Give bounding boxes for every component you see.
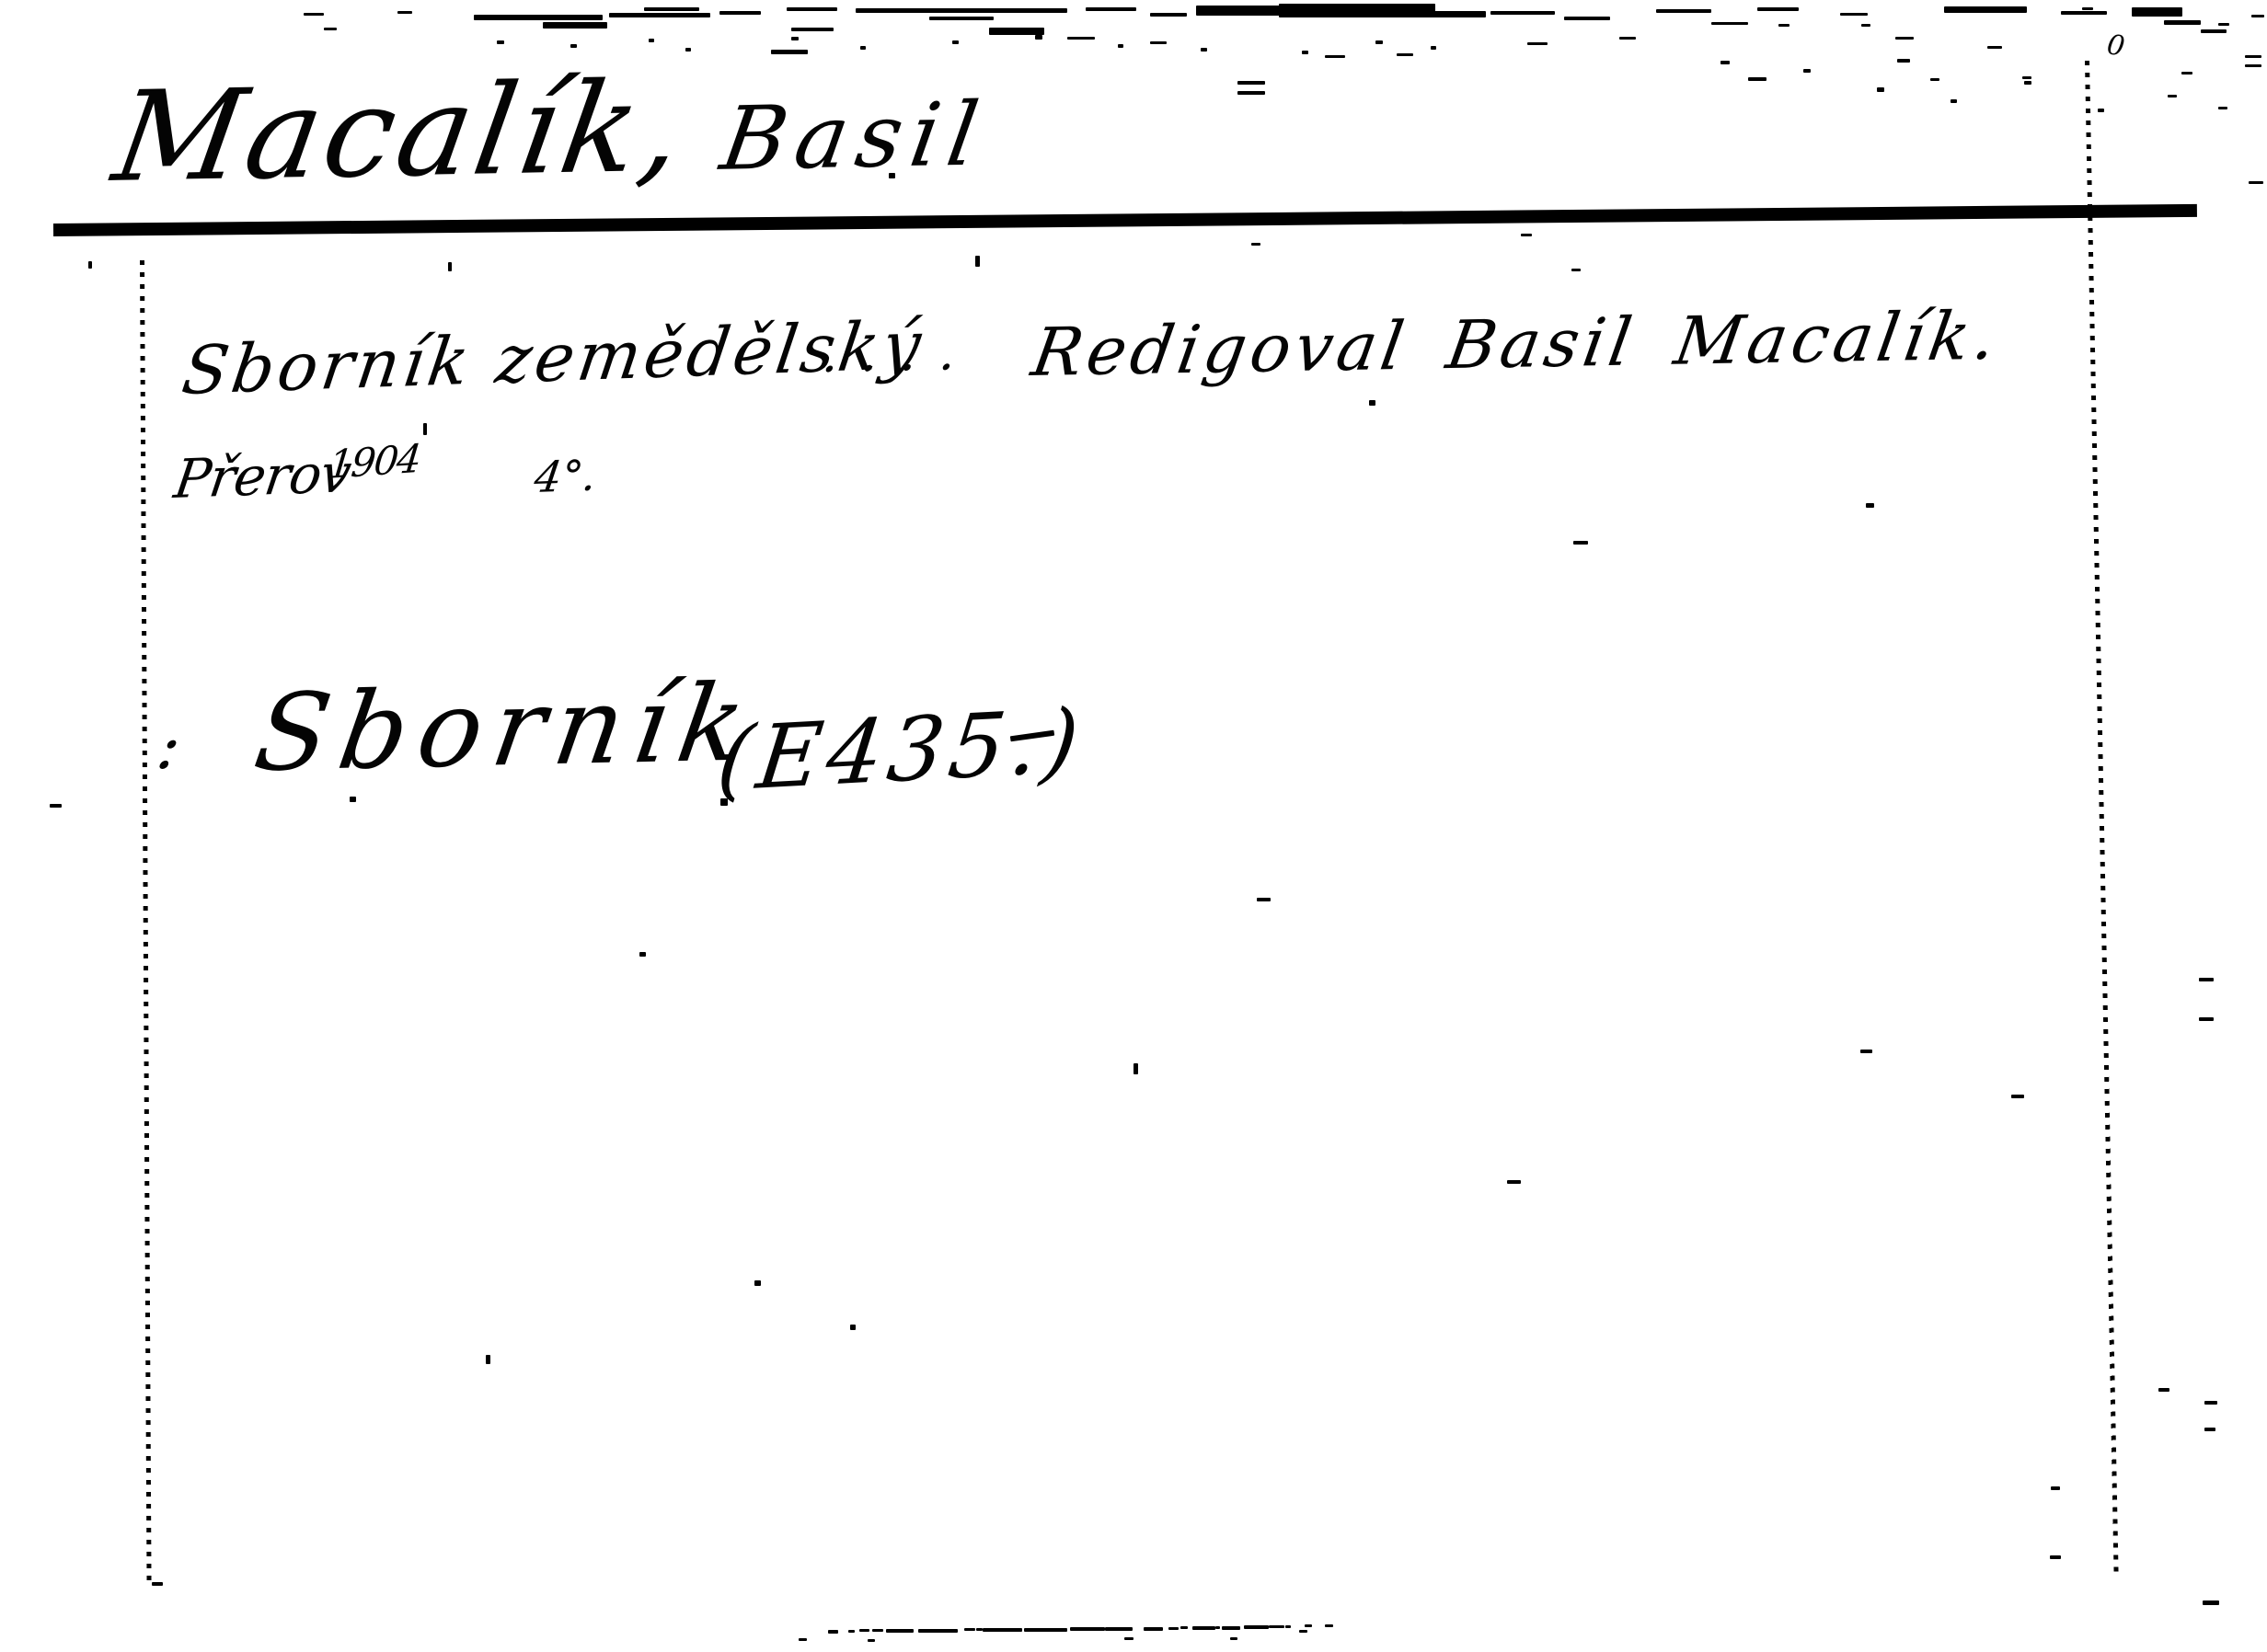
scan-speck [1144, 1627, 1163, 1631]
scan-speck [649, 39, 654, 42]
heading-surname: Macalík [107, 65, 651, 200]
scan-speck [850, 1325, 856, 1330]
scan-speck [1895, 37, 1914, 40]
scan-speck [2204, 1401, 2217, 1405]
scan-speck [1035, 35, 1042, 40]
scan-speck [1192, 1626, 1215, 1630]
scan-speck [1987, 46, 2002, 49]
scan-speck [1944, 6, 2027, 13]
scan-speck [2199, 1017, 2214, 1021]
scan-speck [1133, 1063, 1138, 1074]
scan-speck [952, 40, 959, 44]
scan-speck [2168, 95, 2177, 98]
scan-speck [1124, 1637, 1133, 1640]
scan-speck [791, 28, 834, 31]
scan-speck [976, 1628, 983, 1631]
scan-speck [799, 1638, 807, 1641]
scan-speck [1105, 1627, 1133, 1631]
scan-speck [2181, 72, 2192, 75]
scan-speck [1237, 91, 1265, 95]
card-heading: Macalík,Basil [105, 60, 979, 200]
scan-speck [1325, 1624, 1333, 1627]
scan-speck [1237, 81, 1265, 85]
scan-speck [2024, 81, 2031, 85]
scan-speck [2098, 109, 2104, 112]
scan-speck [1070, 1627, 1105, 1631]
scan-speck [929, 17, 994, 20]
noise-layer [0, 0, 2267, 1652]
scan-speck [828, 1630, 838, 1634]
scan-speck [2218, 107, 2227, 109]
scan-speck [685, 48, 691, 52]
scan-speck [1244, 1625, 1269, 1629]
scan-speck [1305, 1624, 1312, 1627]
scan-speck [2061, 11, 2107, 15]
scan-speck [1269, 1625, 1284, 1628]
heading-forename: Basil [716, 91, 993, 184]
scan-speck [1803, 69, 1811, 73]
scan-speck [983, 1628, 1022, 1632]
scan-speck [859, 1629, 869, 1632]
scan-speck [975, 256, 980, 267]
scan-speck [2249, 181, 2263, 184]
scan-speck [1573, 541, 1588, 545]
scan-speck [2132, 7, 2182, 17]
scan-speck [856, 8, 1067, 13]
scan-speck [1490, 11, 1555, 15]
scan-speck [304, 13, 324, 16]
scan-speck [1257, 898, 1271, 901]
scan-speck [497, 40, 504, 44]
reference-colon: : [153, 714, 175, 778]
scan-speck [88, 261, 92, 269]
scan-speck [1507, 1180, 1521, 1184]
scan-speck [2245, 64, 2261, 67]
scan-speck [1150, 41, 1167, 44]
scan-speck [1748, 77, 1766, 81]
scan-speck [2251, 15, 2264, 17]
scan-speck [1369, 400, 1375, 406]
scan-speck [964, 1628, 975, 1631]
scan-speck [1860, 1050, 1872, 1053]
scan-speck [1897, 59, 1910, 63]
scan-speck [1118, 44, 1123, 48]
scan-speck [1299, 1630, 1307, 1633]
scan-speck [324, 28, 337, 30]
imprint-year-text: 1904 [327, 440, 421, 485]
scan-speck [2050, 1555, 2061, 1559]
scan-speck [609, 13, 710, 17]
scan-speck [2082, 7, 2093, 10]
scan-speck [1619, 37, 1636, 40]
scan-speck [350, 797, 356, 802]
scan-speck [1251, 243, 1260, 246]
scan-speck [848, 1630, 855, 1633]
scan-speck [1325, 55, 1345, 58]
scan-speck [2203, 1600, 2219, 1605]
scan-speck [474, 15, 603, 20]
scan-speck [486, 1355, 490, 1364]
scan-speck [543, 22, 607, 29]
scan-speck [1877, 87, 1884, 92]
scan-speck [1571, 269, 1581, 271]
scan-speck [2164, 20, 2201, 25]
scan-speck [1285, 1625, 1291, 1628]
scan-speck [1840, 13, 1868, 16]
scan-speck [1067, 37, 1095, 40]
scan-speck [2201, 29, 2227, 33]
scan-speck [2158, 1388, 2169, 1392]
scan-speck [2199, 978, 2214, 981]
imprint-year: 1904 [324, 440, 418, 485]
scan-speck [2051, 1486, 2060, 1490]
scan-speck [918, 1629, 958, 1633]
scan-speck [791, 37, 799, 40]
scan-speck [1757, 7, 1799, 11]
scan-speck [1086, 7, 1136, 11]
reference-shelfmark-text: (E435.) [713, 697, 1088, 805]
scan-speck [1215, 1626, 1220, 1629]
scan-speck [639, 952, 646, 957]
scan-speck [1222, 1626, 1240, 1630]
scan-speck [1951, 99, 1957, 103]
scan-speck [1302, 51, 1308, 54]
scan-speck [1930, 78, 1939, 81]
imprint-format-text: 4°. [532, 453, 599, 499]
reference-title-text: Sborník [248, 671, 763, 787]
scan-speck [1778, 24, 1789, 27]
scan-speck [886, 1629, 914, 1633]
scan-speck [644, 7, 699, 11]
scan-speck [1711, 22, 1748, 25]
scan-speck [1720, 61, 1730, 64]
scan-speck [1431, 46, 1436, 50]
scan-speck [570, 44, 577, 48]
scanned-catalog-card: { "page": {"background": "#ffffff", "ink… [0, 0, 2267, 1652]
scan-speck [2204, 1428, 2215, 1431]
entry-dots-text: . . . . [820, 327, 964, 380]
scan-speck [397, 11, 412, 14]
scan-speck [1866, 503, 1874, 508]
scan-speck [719, 11, 761, 15]
imprint-format: 4°. [530, 454, 593, 499]
scan-speck [152, 1582, 163, 1586]
scan-speck [2011, 1095, 2024, 1098]
scan-speck [1180, 1626, 1188, 1629]
scan-speck [1527, 42, 1548, 45]
scan-speck [1656, 9, 1711, 13]
scan-speck [1230, 1637, 1237, 1640]
scan-speck [2218, 23, 2229, 26]
scan-speck [989, 28, 1044, 35]
scan-speck [1408, 11, 1486, 17]
scan-speck [1375, 40, 1383, 44]
scan-speck [771, 50, 808, 54]
scan-speck [1201, 48, 1207, 52]
scan-speck [1024, 1628, 1067, 1632]
reference-shelfmark: (E435.) [708, 698, 1077, 805]
imprint-place: Přerov [169, 446, 346, 506]
scan-speck [50, 804, 62, 808]
scan-speck [1564, 17, 1610, 20]
scan-speck [754, 1280, 761, 1286]
reference-title: Sborník [247, 671, 746, 787]
scan-speck [423, 423, 427, 435]
entry-dots: . . . . [819, 327, 956, 380]
scan-speck [1150, 13, 1187, 17]
scan-speck [2245, 55, 2261, 58]
scan-speck [787, 7, 837, 11]
entry-responsibility-text: Redigoval Basil Macalík. [1028, 302, 2005, 385]
scan-speck [1521, 234, 1532, 236]
scan-speck [860, 46, 866, 50]
scan-speck [1168, 1627, 1179, 1630]
scan-speck [872, 1629, 883, 1632]
scan-speck [1397, 53, 1413, 56]
scan-speck [868, 1639, 875, 1642]
scan-speck [2022, 76, 2031, 79]
scan-speck [448, 262, 452, 271]
entry-responsibility: Redigoval Basil Macalík. [1027, 303, 1995, 385]
scan-speck [1861, 24, 1870, 27]
